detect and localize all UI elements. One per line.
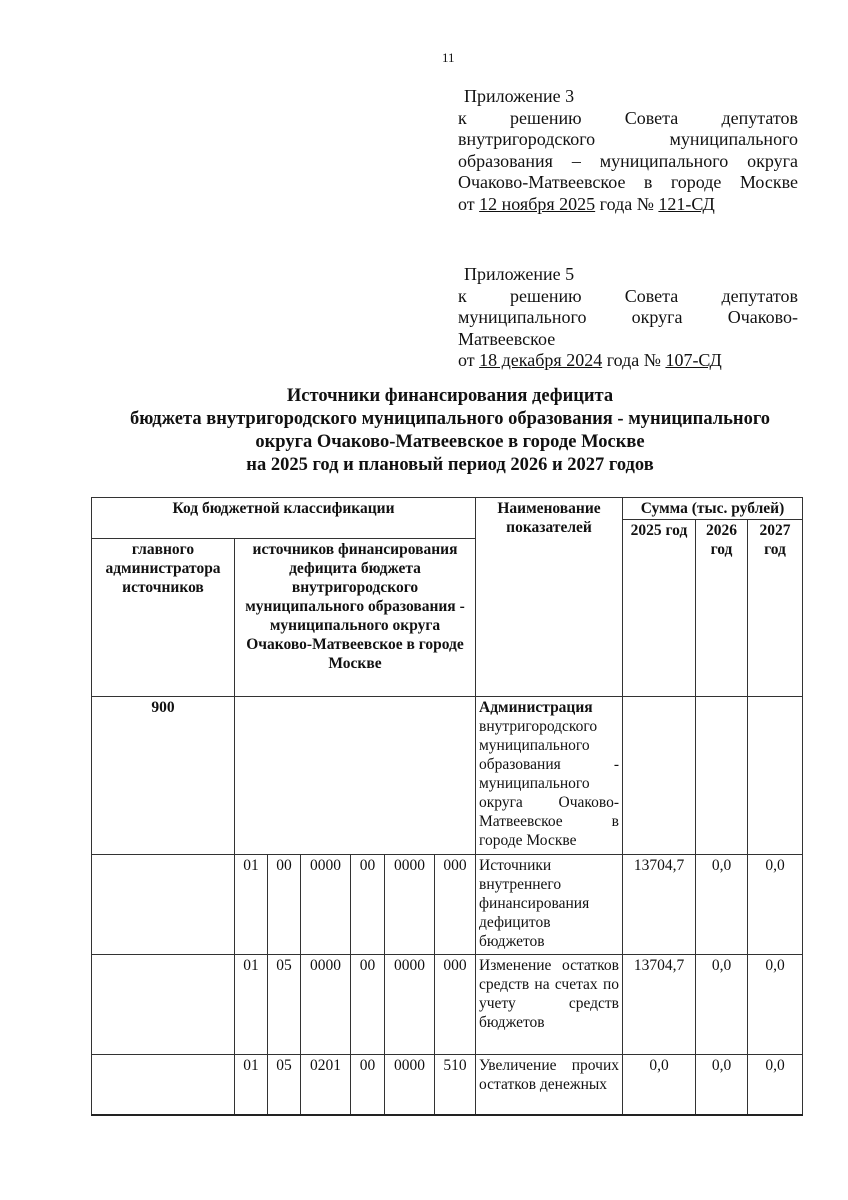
code-part: 01 — [235, 955, 268, 1055]
row-name: Источники внутреннего финансирования деф… — [476, 855, 623, 955]
code-part: 0000 — [301, 855, 351, 955]
value-2025 — [623, 697, 696, 855]
date-prefix: от — [458, 350, 475, 370]
appendix-title: Приложение 3 — [458, 86, 798, 108]
appendix-date-line: от 12 ноября 2025 года № 121-СД — [458, 194, 798, 216]
financing-sources-table: Код бюджетной классификации Наименование… — [91, 497, 803, 1116]
number-prefix: года № — [600, 194, 654, 214]
header-code-group: Код бюджетной классификации — [92, 498, 476, 539]
table-row: 900 Администрация внутригородского муниц… — [92, 697, 803, 855]
row-name: Увеличение прочих остатков денежных — [476, 1055, 623, 1115]
value-2026 — [696, 697, 748, 855]
header-year-2027: 2027 год — [748, 520, 803, 697]
header-year-2025: 2025 год — [623, 520, 696, 697]
decision-number: 107-СД — [665, 350, 721, 370]
header-source-code: источников финансирования дефицита бюдже… — [235, 539, 476, 697]
code-part: 00 — [268, 855, 301, 955]
code-part: 510 — [435, 1055, 476, 1115]
decision-date: 12 ноября 2025 — [479, 194, 595, 214]
admin-code — [92, 955, 235, 1055]
value-2026: 0,0 — [696, 1055, 748, 1115]
appendix-line: внутригородского муниципального — [458, 129, 798, 151]
date-prefix: от — [458, 194, 475, 214]
appendix-previous-reference: Приложение 5 к решению Совета депутатов … — [458, 264, 798, 372]
appendix-line: к решению Совета депутатов — [458, 286, 798, 308]
table-row: 01 00 0000 00 0000 000 Источники внутрен… — [92, 855, 803, 955]
code-part: 00 — [351, 855, 385, 955]
value-2027: 0,0 — [748, 1055, 803, 1115]
value-2025: 13704,7 — [623, 955, 696, 1055]
appendix-current-reference: Приложение 3 к решению Совета депутатов … — [458, 86, 798, 215]
appendix-line: муниципального округа Очаково- — [458, 307, 798, 329]
value-2027: 0,0 — [748, 955, 803, 1055]
value-2025: 0,0 — [623, 1055, 696, 1115]
appendix-line: Матвеевское — [458, 329, 798, 351]
code-part: 0000 — [385, 855, 435, 955]
page-number: 11 — [442, 50, 455, 66]
value-2025: 13704,7 — [623, 855, 696, 955]
appendix-title: Приложение 5 — [458, 264, 798, 286]
code-part: 000 — [435, 855, 476, 955]
header-name: Наименование показателей — [476, 498, 623, 697]
value-2027: 0,0 — [748, 855, 803, 955]
code-part: 0000 — [301, 955, 351, 1055]
decision-date: 18 декабря 2024 — [479, 350, 602, 370]
source-code-empty — [235, 697, 476, 855]
title-line: Источники финансирования дефицита — [60, 385, 840, 408]
header-sum-group: Сумма (тыс. рублей) — [623, 498, 803, 520]
code-part: 01 — [235, 1055, 268, 1115]
appendix-line: образования – муниципального округа — [458, 151, 798, 173]
title-line: бюджета внутригородского муниципального … — [60, 408, 840, 431]
appendix-date-line: от 18 декабря 2024 года № 107-СД — [458, 350, 798, 372]
row-name: Администрация внутригородского муниципал… — [476, 697, 623, 855]
appendix-line: Очаково-Матвеевское в городе Москве — [458, 172, 798, 194]
document-title: Источники финансирования дефицита бюджет… — [60, 385, 840, 477]
admin-code — [92, 1055, 235, 1115]
code-part: 00 — [351, 1055, 385, 1115]
row-name: Изменение остатков средств на счетах по … — [476, 955, 623, 1055]
decision-number: 121-СД — [658, 194, 714, 214]
admin-code: 900 — [92, 697, 235, 855]
title-line: на 2025 год и плановый период 2026 и 202… — [60, 454, 840, 477]
code-part: 05 — [268, 1055, 301, 1115]
appendix-line: к решению Совета депутатов — [458, 108, 798, 130]
header-admin: главного администратора источников — [92, 539, 235, 697]
table-row: 01 05 0000 00 0000 000 Изменение остатко… — [92, 955, 803, 1055]
header-year-2026: 2026 год — [696, 520, 748, 697]
value-2026: 0,0 — [696, 955, 748, 1055]
code-part: 0000 — [385, 1055, 435, 1115]
value-2027 — [748, 697, 803, 855]
table-row: 01 05 0201 00 0000 510 Увеличение прочих… — [92, 1055, 803, 1115]
code-part: 0201 — [301, 1055, 351, 1115]
code-part: 05 — [268, 955, 301, 1055]
row-name-text: внутригородского муниципального образова… — [479, 718, 619, 849]
code-part: 0000 — [385, 955, 435, 1055]
title-line: округа Очаково-Матвеевское в городе Моск… — [60, 431, 840, 454]
value-2026: 0,0 — [696, 855, 748, 955]
admin-code — [92, 855, 235, 955]
code-part: 01 — [235, 855, 268, 955]
code-part: 000 — [435, 955, 476, 1055]
number-prefix: года № — [607, 350, 661, 370]
row-name-bold: Администрация — [479, 699, 593, 716]
code-part: 00 — [351, 955, 385, 1055]
